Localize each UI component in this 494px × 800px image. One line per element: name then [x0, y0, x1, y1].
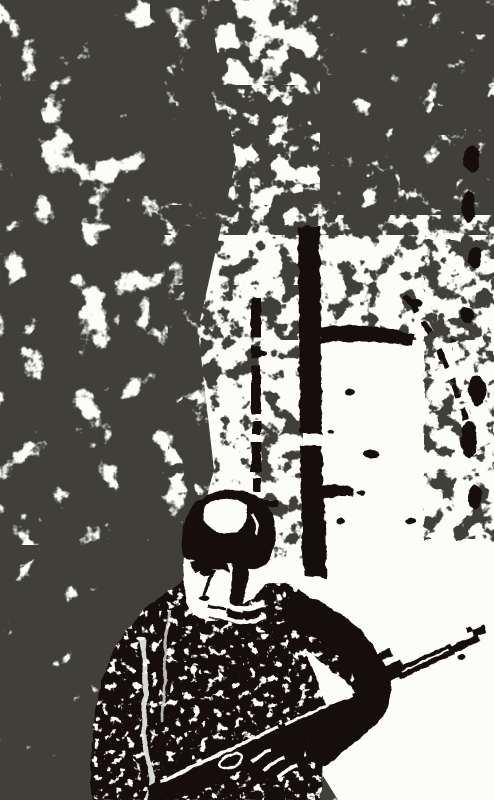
foliage-dot — [337, 518, 345, 524]
sapling-segment — [253, 478, 261, 492]
nose-tip-shadow — [199, 595, 209, 601]
sapling-segment — [251, 366, 261, 414]
foliage-dot — [406, 518, 416, 524]
branch-fragment — [464, 146, 480, 174]
illustration-canvas: scanned book illustration — [0, 0, 494, 800]
foliage-dot — [363, 450, 379, 458]
sapling-segment — [251, 298, 261, 338]
branch-fragment — [461, 421, 477, 459]
branch-fragment — [468, 484, 482, 510]
foliage-dot — [328, 430, 334, 434]
foliage-dot — [411, 299, 423, 307]
branch-stub-tip — [357, 491, 365, 496]
sapling-segment — [251, 442, 261, 472]
sapling-trunk — [251, 298, 261, 492]
foliage-dot — [345, 389, 355, 395]
sling-swivel — [458, 654, 466, 660]
branch-fragment — [468, 247, 482, 269]
branch-fragment — [463, 191, 475, 223]
branch-fragment — [468, 375, 486, 405]
book-illustration: scanned book illustration — [0, 0, 494, 800]
branch-fragment — [461, 306, 473, 324]
sapling-segment — [252, 422, 261, 434]
sapling-segment — [252, 346, 261, 358]
trunk-upper-segment — [298, 226, 322, 434]
